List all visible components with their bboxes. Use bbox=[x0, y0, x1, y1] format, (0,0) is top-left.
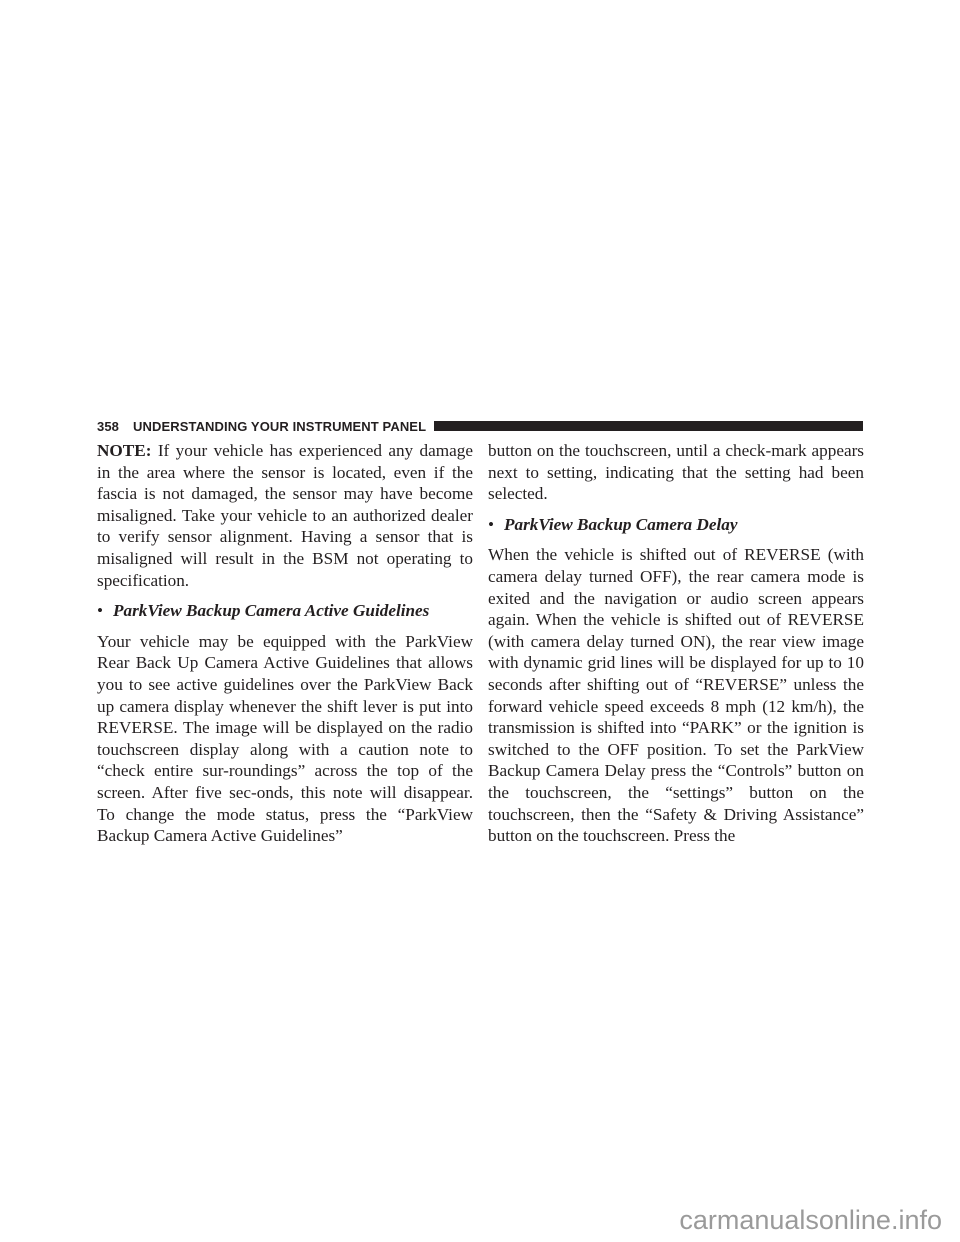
right-column: button on the touchscreen, until a check… bbox=[488, 440, 864, 847]
page-number: 358 bbox=[97, 419, 119, 434]
page-header: 358 UNDERSTANDING YOUR INSTRUMENT PANEL bbox=[97, 415, 863, 437]
watermark: carmanualsonline.info bbox=[679, 1205, 942, 1236]
body-paragraph: When the vehicle is shifted out of REVER… bbox=[488, 544, 864, 846]
bullet-icon: • bbox=[97, 600, 113, 622]
note-paragraph: NOTE: If your vehicle has experienced an… bbox=[97, 440, 473, 591]
bullet-heading-text: ParkView Backup Camera Delay bbox=[504, 514, 737, 536]
note-text: If your vehicle has experienced any dama… bbox=[97, 441, 473, 590]
bullet-heading-active-guidelines: • ParkView Backup Camera Active Guidelin… bbox=[97, 600, 473, 622]
body-paragraph-continued: button on the touchscreen, until a check… bbox=[488, 440, 864, 505]
body-paragraph: Your vehicle may be equipped with the Pa… bbox=[97, 631, 473, 847]
section-title: UNDERSTANDING YOUR INSTRUMENT PANEL bbox=[133, 419, 426, 434]
bullet-heading-text: ParkView Backup Camera Active Guidelines bbox=[113, 600, 429, 622]
bullet-icon: • bbox=[488, 514, 504, 536]
bullet-heading-camera-delay: • ParkView Backup Camera Delay bbox=[488, 514, 864, 536]
note-label: NOTE: bbox=[97, 441, 151, 460]
header-rule bbox=[434, 421, 863, 431]
left-column: NOTE: If your vehicle has experienced an… bbox=[97, 440, 473, 847]
